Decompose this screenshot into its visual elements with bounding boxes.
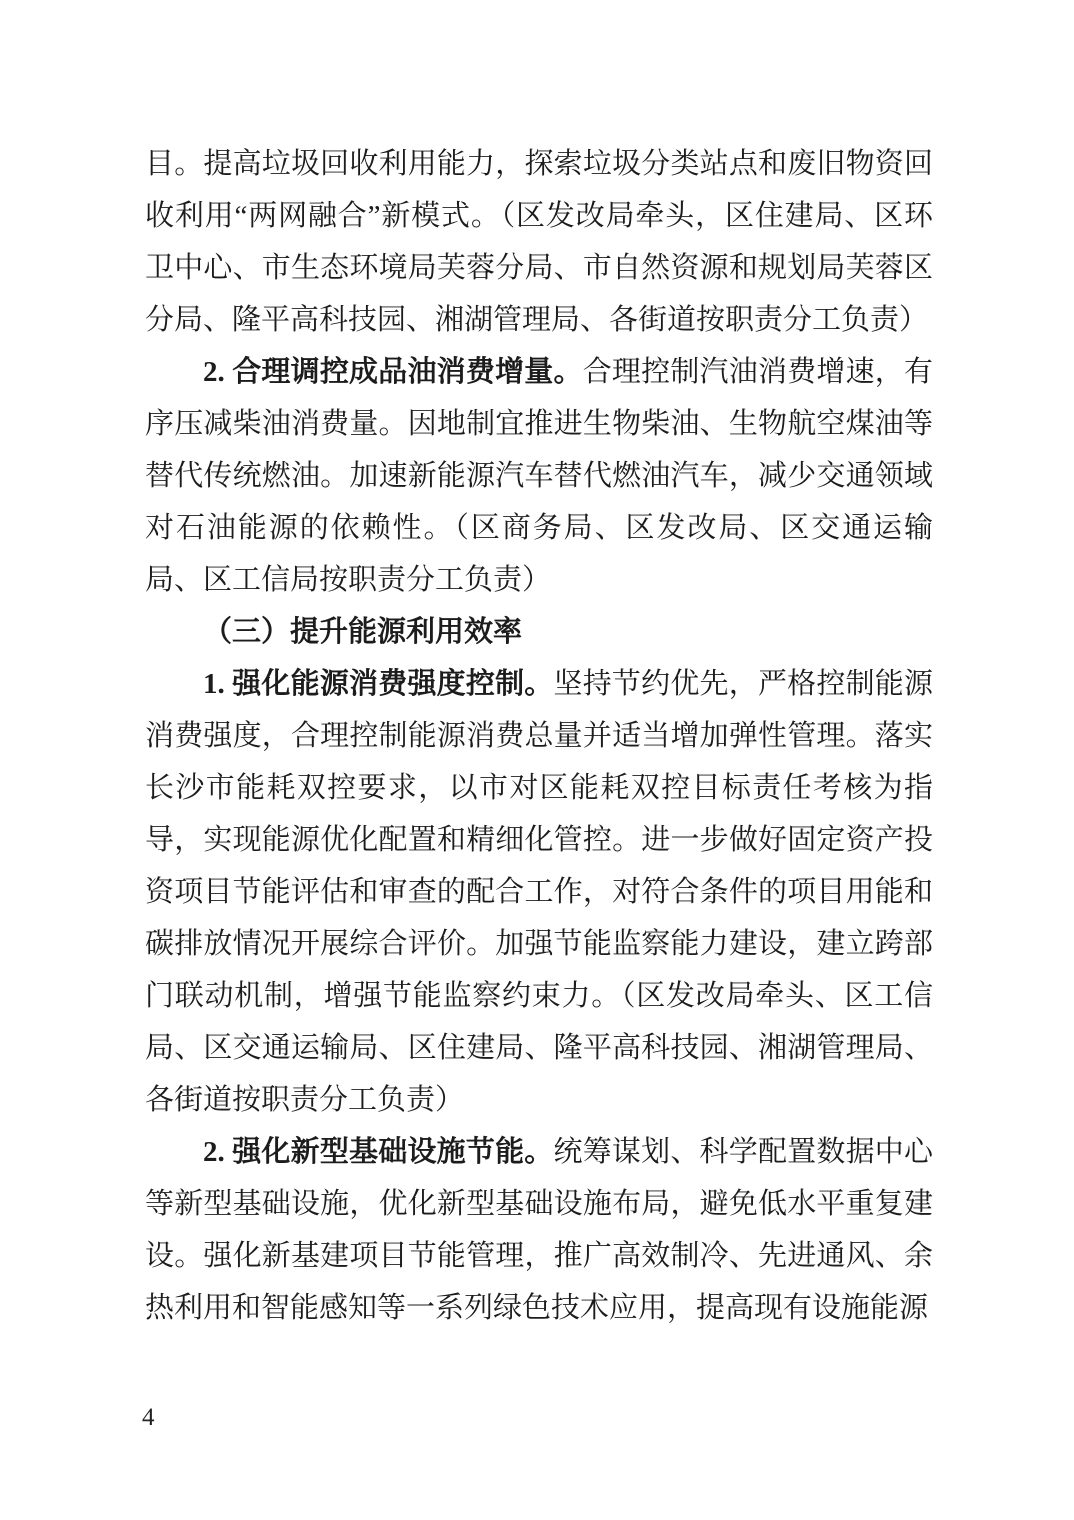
bold-text-run: 2. 强化新型基础设施节能。 xyxy=(203,1136,554,1168)
text-run: 目。提高垃圾回收利用能力，探索垃圾分类站点和废旧物资回收利用“两网融合”新模式。… xyxy=(145,148,933,336)
text-run: 合理控制汽油消费增速，有序压减柴油消费量。因地制宜推进生物柴油、生物航空煤油等替… xyxy=(145,356,933,596)
text-run: 坚持节约优先，严格控制能源消费强度，合理控制能源消费总量并适当增加弹性管理。落实… xyxy=(145,668,933,1116)
page-number: 4 xyxy=(142,1402,155,1434)
para-energy-consumption-intensity: 1. 强化能源消费强度控制。坚持节约优先，严格控制能源消费强度，合理控制能源消费… xyxy=(145,658,933,1126)
para-waste-recycling-continuation: 目。提高垃圾回收利用能力，探索垃圾分类站点和废旧物资回收利用“两网融合”新模式。… xyxy=(145,138,933,346)
document-page: 目。提高垃圾回收利用能力，探索垃圾分类站点和废旧物资回收利用“两网融合”新模式。… xyxy=(0,0,1074,1520)
bold-text-run: （三）提升能源利用效率 xyxy=(203,616,522,648)
bold-text-run: 2. 合理调控成品油消费增量。 xyxy=(203,356,583,388)
para-new-infrastructure-energy-saving: 2. 强化新型基础设施节能。统筹谋划、科学配置数据中心等新型基础设施，优化新型基… xyxy=(145,1126,933,1334)
para-refined-oil-consumption: 2. 合理调控成品油消费增量。合理控制汽油消费增速，有序压减柴油消费量。因地制宜… xyxy=(145,346,933,606)
bold-text-run: 1. 强化能源消费强度控制。 xyxy=(203,668,554,700)
heading-section-three-energy-efficiency: （三）提升能源利用效率 xyxy=(145,606,933,658)
document-body: 目。提高垃圾回收利用能力，探索垃圾分类站点和废旧物资回收利用“两网融合”新模式。… xyxy=(145,138,933,1334)
